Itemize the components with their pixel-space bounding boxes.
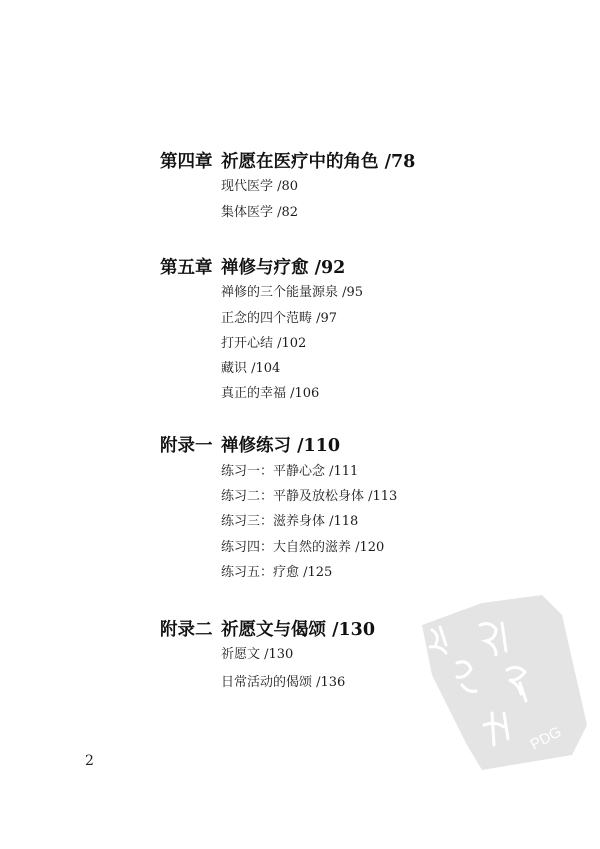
seal-stamp-watermark: PDG	[412, 585, 600, 775]
toc-appendix-heading: 附录二祈愿文与偈颂 /130	[160, 620, 375, 640]
chapter-title: 禅修与疗愈 /92	[221, 258, 345, 278]
toc-chapter-heading: 第四章祈愿在医疗中的角色 /78	[160, 152, 415, 172]
chapter-title: 祈愿在医疗中的角色 /78	[221, 152, 415, 172]
toc-entry: 藏识 /104	[221, 361, 280, 377]
chapter-label: 第四章	[160, 152, 221, 172]
appendix-title: 禅修练习 /110	[221, 436, 340, 456]
appendix-label: 附录一	[160, 436, 221, 456]
toc-entry: 练习四：大自然的滋养 /120	[221, 540, 384, 556]
toc-appendix-heading: 附录一禅修练习 /110	[160, 436, 340, 456]
appendix-title: 祈愿文与偈颂 /130	[221, 620, 375, 640]
toc-entry: 真正的幸福 /106	[221, 386, 319, 402]
toc-entry: 集体医学 /82	[221, 205, 298, 221]
page-number: 2	[85, 753, 94, 769]
chapter-label: 第五章	[160, 258, 221, 278]
toc-entry: 练习二：平静及放松身体 /113	[221, 489, 397, 505]
toc-chapter-heading: 第五章禅修与疗愈 /92	[160, 258, 345, 278]
toc-entry: 正念的四个范畴 /97	[221, 311, 337, 327]
toc-entry: 日常活动的偈颂 /136	[221, 675, 345, 691]
toc-entry: 打开心结 /102	[221, 336, 306, 352]
appendix-label: 附录二	[160, 620, 221, 640]
seal-icon: PDG	[412, 585, 600, 775]
toc-entry: 现代医学 /80	[221, 179, 298, 195]
document-page: 第四章祈愿在医疗中的角色 /78 现代医学 /80 集体医学 /82 第五章禅修…	[0, 0, 600, 849]
toc-entry: 禅修的三个能量源泉 /95	[221, 285, 363, 301]
toc-entry: 祈愿文 /130	[221, 647, 293, 663]
toc-entry: 练习三：滋养身体 /118	[221, 514, 358, 530]
toc-entry: 练习一：平静心念 /111	[221, 464, 358, 480]
toc-entry: 练习五：疗愈 /125	[221, 565, 332, 581]
